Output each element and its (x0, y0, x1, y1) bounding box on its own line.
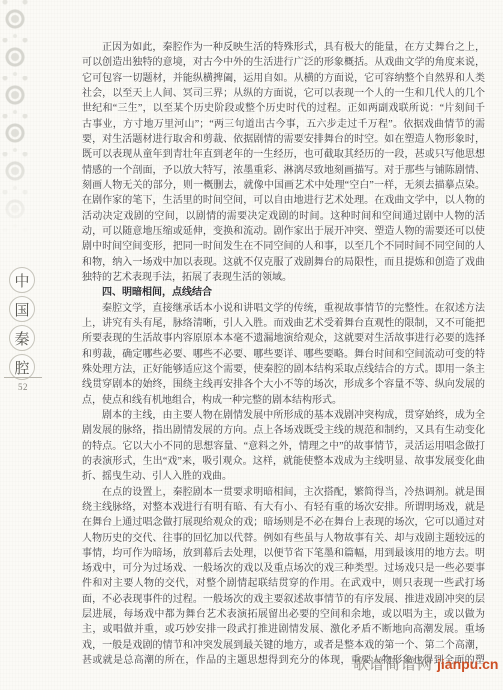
page-edge-ornament (0, 0, 30, 250)
spine-title-char: 腔 (14, 357, 29, 378)
page-text: 正因为如此，秦腔作为一种反映生活的特殊形式，具有极大的能量，在方丈舞台之上，可以… (82, 40, 485, 665)
watermark-site-url: jianpu.cn (437, 656, 498, 672)
spine-title-seal: 秦 (9, 325, 35, 351)
page-number: 52 (4, 382, 42, 392)
spine-title: 中 国 秦 腔 (8, 267, 36, 383)
spine-title-char: 国 (14, 299, 29, 320)
section-heading: 四、明暗相间，点线结合 (82, 285, 485, 300)
watermark: 歌谱简谱网jianpu.cn (353, 653, 498, 674)
paragraph: 秦腔文学，直接继承话本小说和讲唱文学的传统，重视故事情节的完整性。在叙述方法上，… (82, 301, 485, 408)
paragraph: 正因为如此，秦腔作为一种反映生活的特殊形式，具有极大的能量，在方丈舞台之上，可以… (82, 40, 485, 285)
folio-rule (4, 377, 42, 378)
folio: 52 (4, 377, 42, 392)
spine-title-seal: 中 (9, 267, 35, 293)
spine-title-seal: 国 (9, 296, 35, 322)
paragraph: 在点的设置上，秦腔剧本一贯要求明暗相间，主次搭配，繁简得当，冷热调剂。就是围绕主… (82, 485, 485, 665)
paragraph: 剧本的主线，由主要人物在剧情发展中所形成的基本戏剧冲突构成，贯穿始终，成为全剧发… (82, 408, 485, 485)
spine-title-char: 秦 (14, 328, 29, 349)
spine-title-char: 中 (14, 270, 29, 291)
watermark-site-name: 歌谱简谱网 (353, 657, 433, 673)
